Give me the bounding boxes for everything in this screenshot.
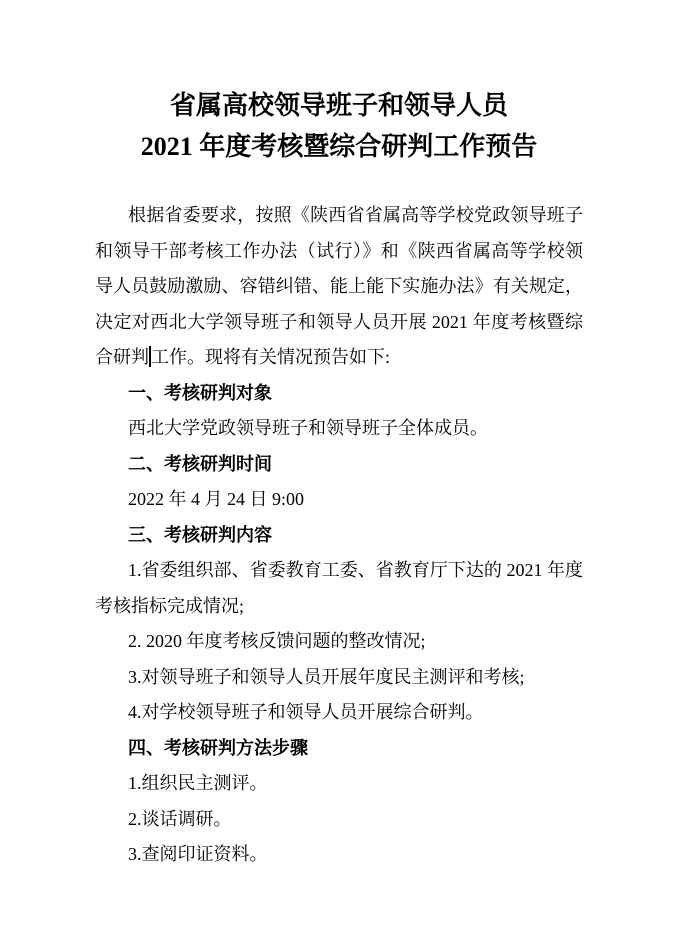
intro-text-after-cursor: 工作。现将有关情况预告如下: [151,347,390,367]
section-heading[interactable]: 三、考核研判内容 [95,518,583,554]
body-paragraph[interactable]: 2.谈话调研。 [95,802,583,838]
document-title-line1[interactable]: 省属高校领导班子和领导人员 [170,91,508,120]
section-heading[interactable]: 二、考核研判时间 [95,447,583,483]
body-paragraph[interactable]: 2022 年 4 月 24 日 9:00 [95,482,583,518]
body-paragraph[interactable]: 3.对领导班子和领导人员开展年度民主测评和考核; [95,660,583,696]
body-paragraph[interactable]: 4.对学校领导班子和领导人员开展综合研判。 [95,695,583,731]
intro-text-before-cursor: 根据省委要求，按照《陕西省省属高等学校党政领导班子和领导干部考核工作办法（试行）… [95,205,583,367]
document-title: 省属高校领导班子和领导人员 2021 年度考核暨综合研判工作预告 [0,0,678,167]
document-page: 省属高校领导班子和领导人员 2021 年度考核暨综合研判工作预告 根据省委要求，… [0,0,678,951]
body-paragraph[interactable]: 3.查阅印证资料。 [95,837,583,873]
body-paragraph[interactable]: 1.省委组织部、省委教育工委、省教育厅下达的 2021 年度考核指标完成情况; [95,553,583,624]
body-paragraph[interactable]: 西北大学党政领导班子和领导班子全体成员。 [95,411,583,447]
document-blocks: 一、考核研判对象西北大学党政领导班子和领导班子全体成员。二、考核研判时间2022… [95,376,583,873]
document-title-line2[interactable]: 2021 年度考核暨综合研判工作预告 [141,132,538,161]
intro-paragraph[interactable]: 根据省委要求，按照《陕西省省属高等学校党政领导班子和领导干部考核工作办法（试行）… [95,198,583,376]
document-body: 根据省委要求，按照《陕西省省属高等学校党政领导班子和领导干部考核工作办法（试行）… [95,198,583,873]
body-paragraph[interactable]: 1.组织民主测评。 [95,766,583,802]
section-heading[interactable]: 四、考核研判方法步骤 [95,731,583,767]
body-paragraph[interactable]: 2. 2020 年度考核反馈问题的整改情况; [95,624,583,660]
section-heading[interactable]: 一、考核研判对象 [95,376,583,412]
